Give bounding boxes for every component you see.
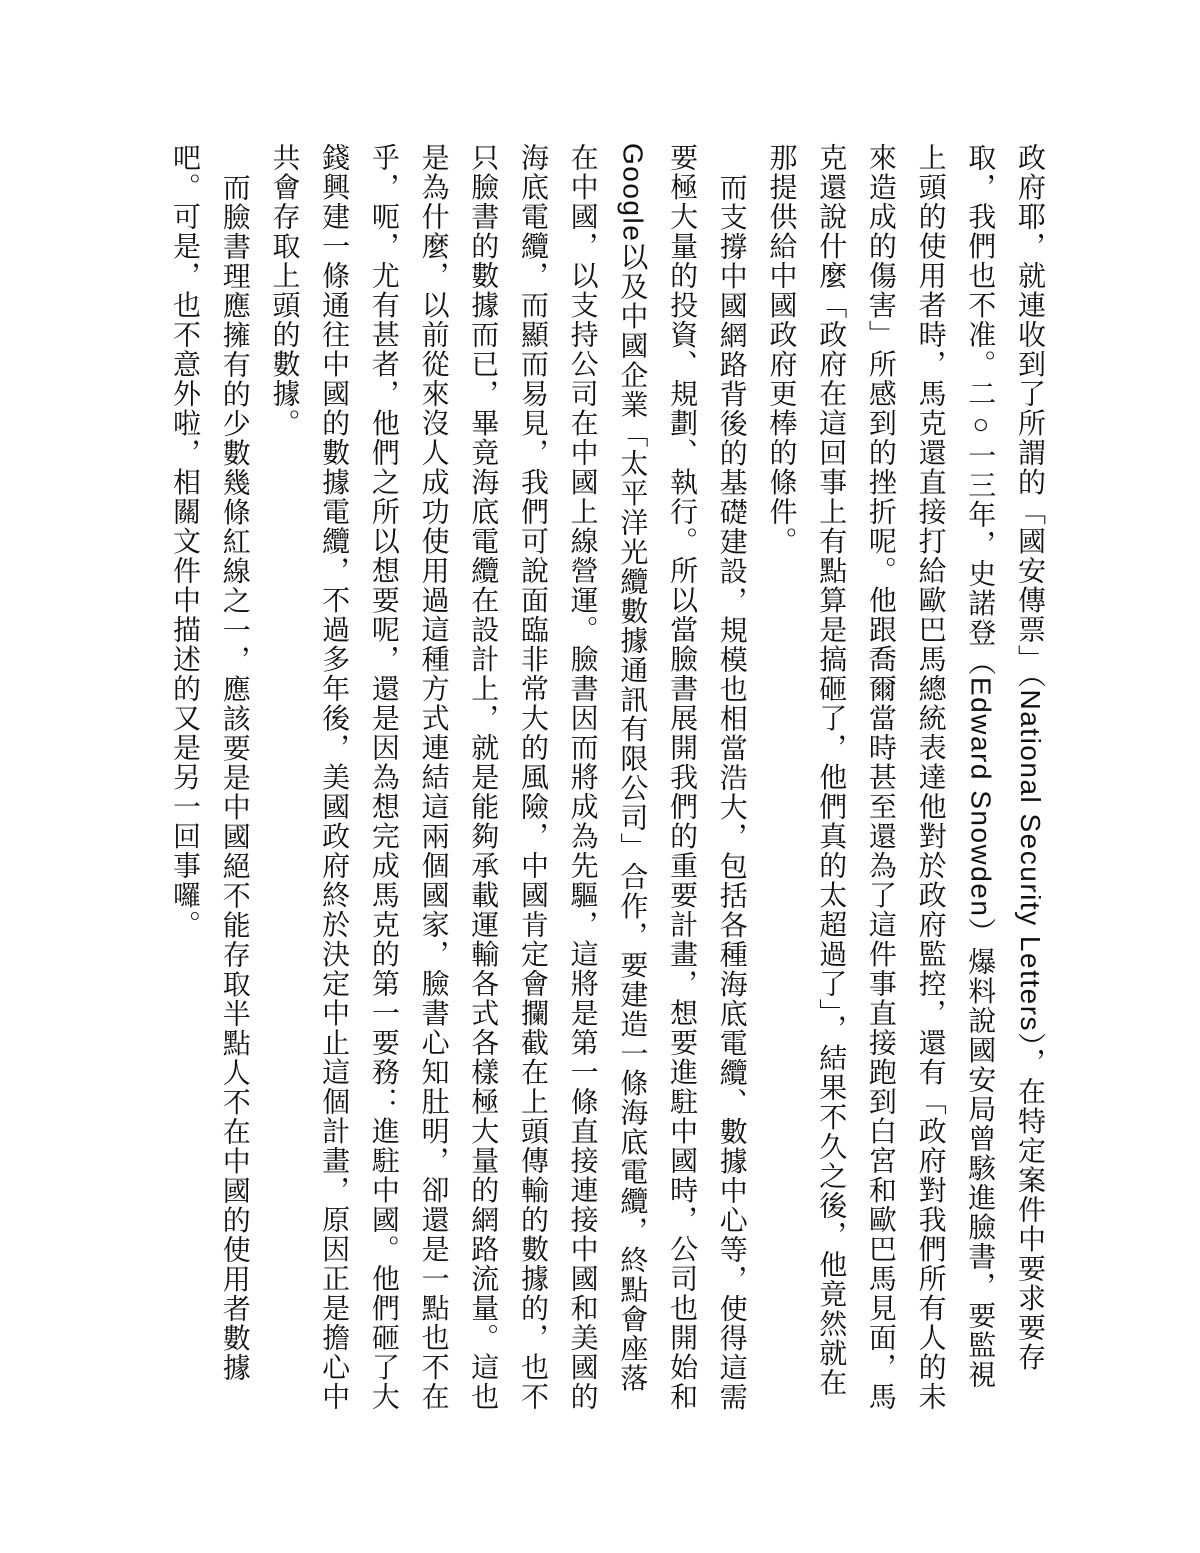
- paragraph-3: 而臉書理應擁有的少數幾條紅線之一，應該要是中國絕不能存取半點人不在中國的使用者數…: [160, 143, 259, 1415]
- paragraph-1: 政府耶，就連收到了所謂的「國安傳票」（National Security Let…: [757, 143, 1055, 1415]
- vertical-text-block: 政府耶，就連收到了所謂的「國安傳票」（National Security Let…: [160, 143, 1055, 1415]
- paragraph-2: 而支撐中國網路背後的基礎建設，規模也相當浩大，包括各種海底電纜、數據中心等，使得…: [260, 143, 757, 1415]
- book-page: 政府耶，就連收到了所謂的「國安傳票」（National Security Let…: [0, 0, 1200, 1553]
